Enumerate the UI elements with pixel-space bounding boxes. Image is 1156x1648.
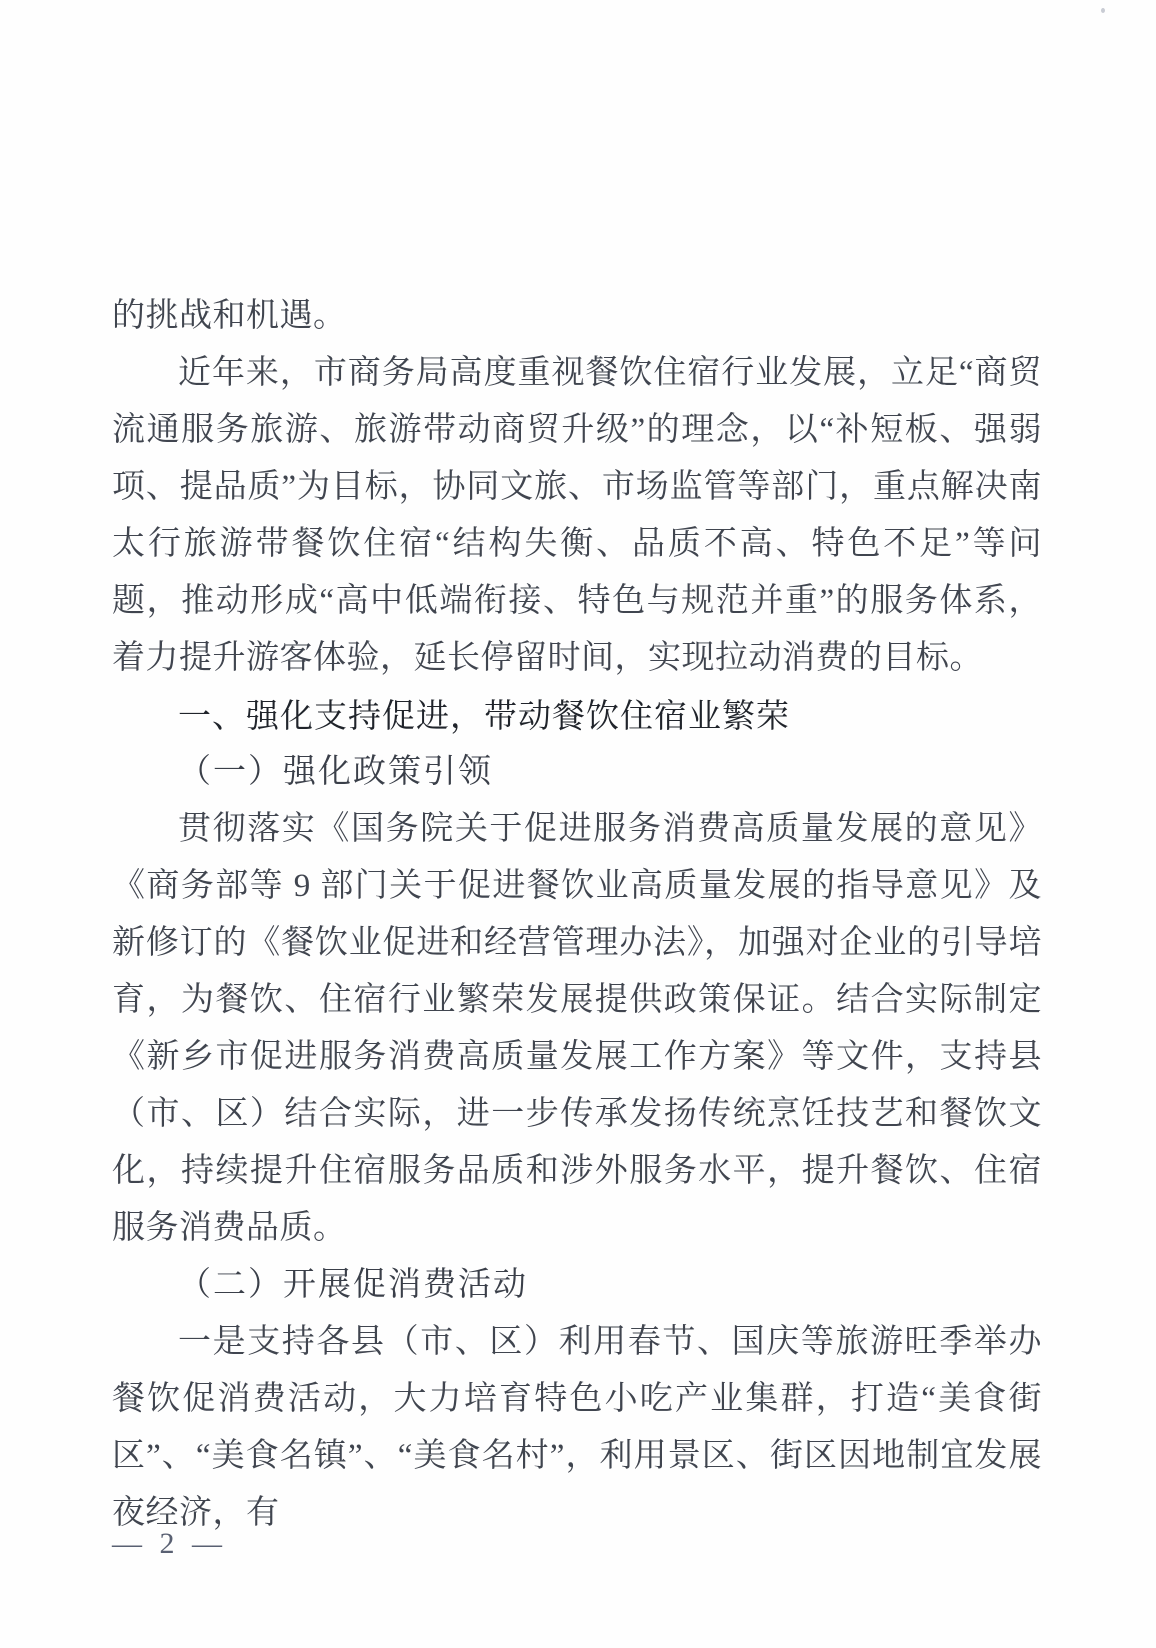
paragraph-continuation: 的挑战和机遇。 — [112, 288, 1042, 345]
paragraph: 贯彻落实《国务院关于促进服务消费高质量发展的意见》《商务部等 9 部门关于促进餐… — [112, 801, 1042, 1257]
sub-heading-1: （一）强化政策引领 — [112, 744, 1042, 801]
document-body: 的挑战和机遇。 近年来，市商务局高度重视餐饮住宿行业发展，立足“商贸流通服务旅游… — [112, 288, 1042, 1542]
document-page: 的挑战和机遇。 近年来，市商务局高度重视餐饮住宿行业发展，立足“商贸流通服务旅游… — [0, 0, 1156, 1648]
scan-artifact-mark: ’ — [957, 1438, 964, 1464]
sub-heading-2: （二）开展促消费活动 — [112, 1257, 1042, 1314]
paragraph: 近年来，市商务局高度重视餐饮住宿行业发展，立足“商贸流通服务旅游、旅游带动商贸升… — [112, 345, 1042, 687]
page-number: — 2 — — [112, 1526, 227, 1562]
scan-speck — [1101, 8, 1105, 13]
paragraph: 一是支持各县（市、区）利用春节、国庆等旅游旺季举办餐饮促消费活动，大力培育特色小… — [112, 1314, 1042, 1542]
section-heading: 一、强化支持促进，带动餐饮住宿业繁荣 — [112, 687, 1042, 744]
